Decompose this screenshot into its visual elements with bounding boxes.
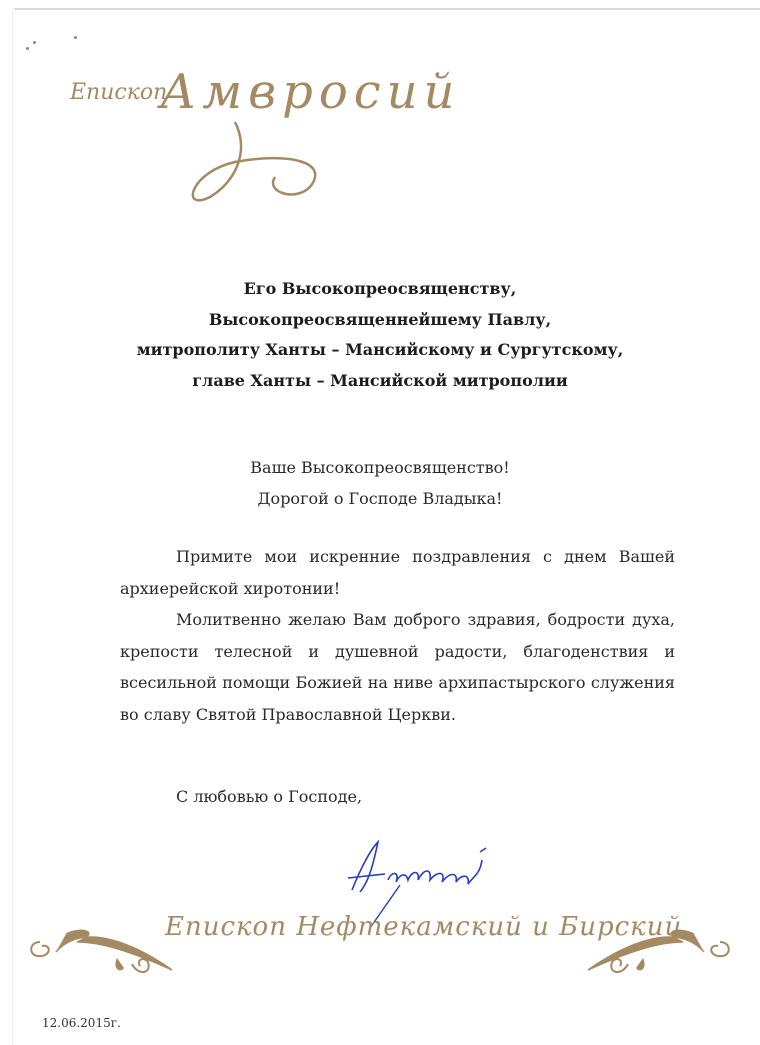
scan-edge-left: [12, 8, 13, 1045]
addressee-block: Его Высокопреосвященству, Высокопреосвящ…: [0, 274, 760, 396]
letter-body: Примите мои искренние поздравления с дне…: [120, 541, 675, 730]
addressee-line: Высокопреосвященнейшему Павлу,: [0, 305, 760, 336]
body-paragraph: Примите мои искренние поздравления с дне…: [120, 541, 675, 604]
addressee-line: Его Высокопреосвященству,: [0, 274, 760, 305]
scan-edge-top: [14, 8, 760, 10]
scan-speck: [26, 47, 29, 50]
letterhead-title-small: Епископ: [70, 80, 167, 105]
addressee-line: главе Ханты – Мансийской митрополии: [0, 366, 760, 397]
ornament-right-icon: [578, 912, 738, 982]
greeting-line: Ваше Высокопреосвященство!: [0, 452, 760, 483]
ornament-left-icon: [22, 912, 182, 982]
closing-line: С любовью о Господе,: [176, 787, 362, 806]
addressee-line: митрополиту Ханты – Мансийскому и Сургут…: [0, 335, 760, 366]
body-paragraph: Молитвенно желаю Вам доброго здравия, бо…: [120, 604, 675, 730]
greeting-line: Дорогой о Господе Владыка!: [0, 483, 760, 514]
scan-speck: [33, 41, 36, 44]
letterhead: Епископ Амвросий: [60, 62, 480, 212]
letter-date: 12.06.2015г.: [42, 1016, 121, 1030]
scan-speck: [74, 36, 77, 39]
letterhead-title-large: Амвросий: [160, 64, 460, 120]
greeting-block: Ваше Высокопреосвященство! Дорогой о Гос…: [0, 452, 760, 514]
